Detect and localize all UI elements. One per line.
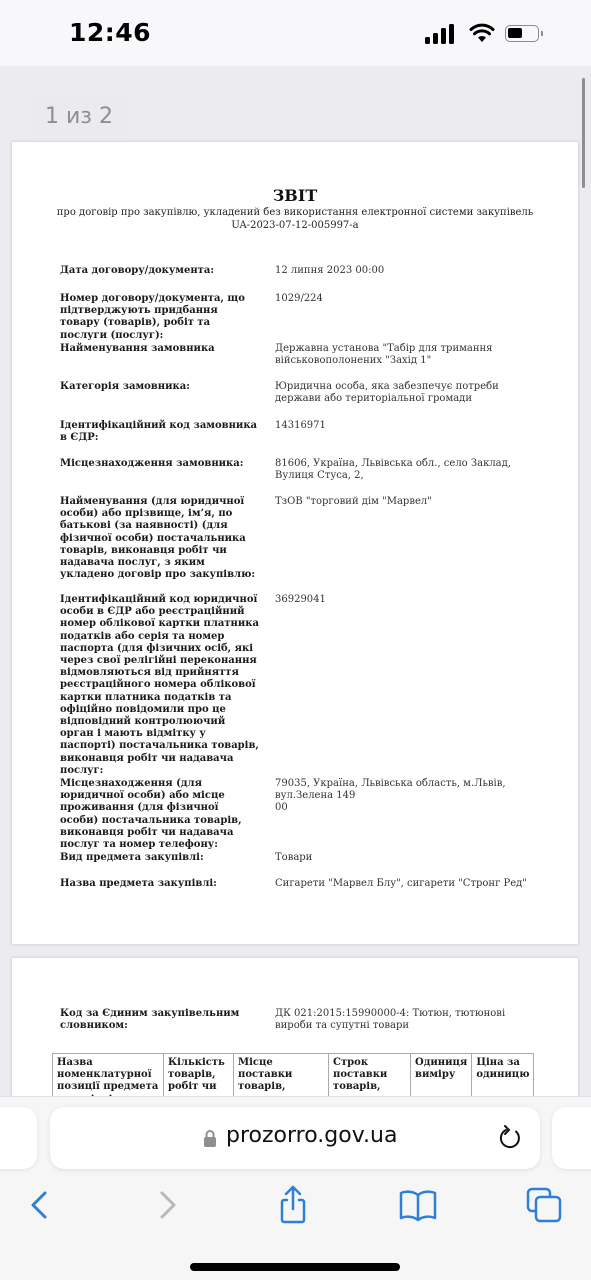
page-counter: 1 из 2 (27, 92, 131, 142)
field-label: Категорія замовника: (60, 381, 260, 393)
browser-bottom-bar: prozorro.gov.ua (0, 1096, 591, 1280)
field-value: Державна установа "Табір для тримання ві… (275, 343, 535, 367)
cellular-signal-icon (425, 24, 457, 44)
field-label: Вид предмета закупівлі: (60, 852, 260, 864)
field-label: Ідентифікаційний код замовника в ЄДР: (60, 420, 260, 444)
next-tab-preview[interactable] (552, 1107, 591, 1169)
field-label: Номер договору/документа, що підтверджую… (60, 293, 260, 342)
bookmarks-icon[interactable] (398, 1185, 438, 1225)
share-icon[interactable] (273, 1185, 313, 1225)
field-label: Місцезнаходження замовника: (60, 458, 260, 470)
field-value: 81606, Україна, Львівська обл., село Зак… (275, 458, 535, 482)
lock-icon (203, 1129, 217, 1147)
tabs-icon[interactable] (524, 1185, 564, 1225)
field-value: 14316971 (275, 420, 535, 432)
field-value: 12 липня 2023 00:00 (275, 265, 535, 277)
field-value: Юридична особа, яка забезпечує потреби д… (275, 381, 535, 405)
field-label: Ідентифікаційний код юридичної особи в Є… (60, 594, 260, 777)
status-bar: 12:46 (0, 0, 591, 66)
pdf-viewer[interactable]: 1 из 2 ЗВІТ про договір про закупівлю, у… (0, 66, 591, 1106)
field-value: ДК 021:2015:15990000-4: Тютюн, тютюнові … (275, 1008, 535, 1032)
clock: 12:46 (69, 18, 151, 47)
field-value: 79035, Україна, Львівська область, м.Льв… (275, 778, 535, 815)
field-label: Місцезнаходження (для юридичної особи) а… (60, 778, 260, 851)
home-indicator[interactable] (190, 1263, 400, 1271)
document-id: UA-2023-07-12-005997-a (12, 220, 578, 231)
field-label: Код за Єдиним закупівельним словником: (60, 1008, 260, 1032)
document-subtitle: про договір про закупівлю, укладений без… (12, 207, 578, 218)
field-value: Товари (275, 852, 535, 864)
field-label: Назва предмета закупівлі: (60, 878, 260, 890)
field-value: ТзОВ "торговий дім "Марвел" (275, 496, 535, 508)
back-icon[interactable] (21, 1185, 61, 1225)
field-value: Сигарети "Марвел Блу", сигарети "Стронг … (275, 878, 535, 890)
field-label: Найменування (для юридичної особи) або п… (60, 496, 260, 581)
forward-icon[interactable] (146, 1185, 186, 1225)
document-page-1: ЗВІТ про договір про закупівлю, укладени… (12, 142, 578, 944)
document-title: ЗВІТ (12, 186, 578, 205)
address-bar[interactable]: prozorro.gov.ua (50, 1107, 540, 1169)
field-label: Дата договору/документа: (60, 265, 260, 277)
previous-tab-preview[interactable] (0, 1107, 37, 1169)
wifi-icon (469, 22, 495, 44)
field-label: Найменування замовника (60, 343, 260, 355)
document-page-2: Код за Єдиним закупівельним словником: Д… (12, 958, 578, 1118)
url-text[interactable]: prozorro.gov.ua (226, 1123, 397, 1148)
field-value: 1029/224 (275, 293, 535, 305)
scrollbar[interactable] (582, 78, 585, 188)
battery-icon (505, 25, 539, 42)
reload-icon[interactable] (496, 1124, 524, 1152)
field-value: 36929041 (275, 594, 535, 606)
